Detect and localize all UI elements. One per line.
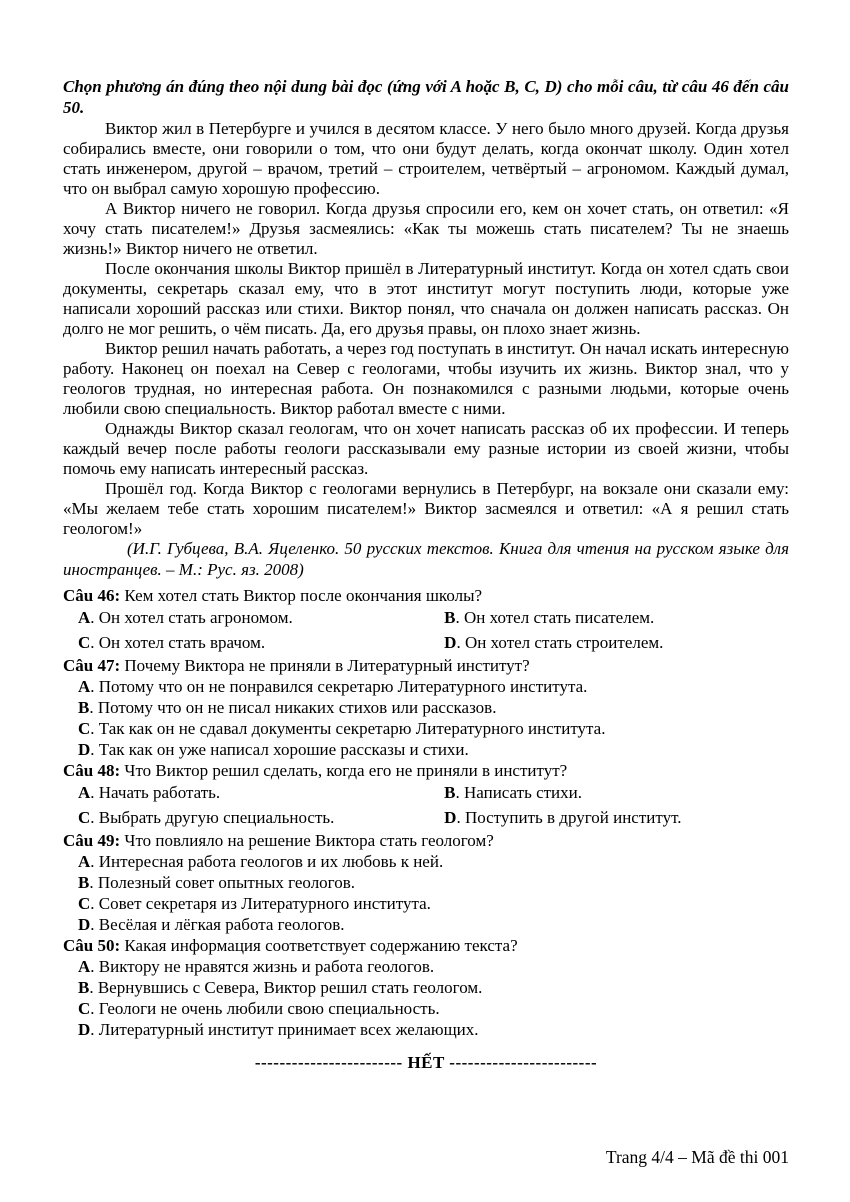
end-marker-label: HẾT bbox=[407, 1053, 444, 1072]
option-letter: C bbox=[78, 999, 90, 1018]
question-heading: Câu 47: Почему Виктора не приняли в Лите… bbox=[63, 655, 789, 676]
passage-paragraph: Прошёл год. Когда Виктор с геологами вер… bbox=[63, 479, 789, 539]
passage-paragraph: А Виктор ничего не говорил. Когда друзья… bbox=[63, 199, 789, 259]
option-letter: C bbox=[78, 719, 90, 738]
question-heading: Câu 48: Что Виктор решил сделать, когда … bbox=[63, 760, 789, 781]
option-b: B. Написать стихи. bbox=[444, 781, 789, 806]
question-number: Câu 47: bbox=[63, 656, 120, 675]
option-a: A. Начать работать. bbox=[78, 781, 444, 806]
end-marker-dashes-right: ------------------------ bbox=[449, 1053, 597, 1072]
option-b: B. Полезный совет опытных геологов. bbox=[78, 872, 789, 893]
option-letter: B bbox=[78, 873, 89, 892]
question-number: Câu 49: bbox=[63, 831, 120, 850]
question-block: Câu 50: Какая информация соответствует с… bbox=[63, 935, 789, 1040]
option-a: A. Он хотел стать агрономом. bbox=[78, 606, 444, 631]
option-letter: D bbox=[78, 915, 90, 934]
options-group: A. Интересная работа геологов и их любов… bbox=[63, 851, 789, 935]
question-block: Câu 46: Кем хотел стать Виктор после око… bbox=[63, 585, 789, 655]
option-d: D. Он хотел стать строителем. bbox=[444, 631, 789, 656]
question-block: Câu 47: Почему Виктора не приняли в Лите… bbox=[63, 655, 789, 760]
questions-section: Câu 46: Кем хотел стать Виктор после око… bbox=[63, 585, 789, 1040]
option-b: B. Он хотел стать писателем. bbox=[444, 606, 789, 631]
option-letter: B bbox=[444, 608, 455, 627]
question-heading: Câu 49: Что повлияло на решение Виктора … bbox=[63, 830, 789, 851]
option-d: D. Поступить в другой институт. bbox=[444, 806, 789, 831]
option-c: C. Совет секретаря из Литературного инст… bbox=[78, 893, 789, 914]
passage-paragraph: Однажды Виктор сказал геологам, что он х… bbox=[63, 419, 789, 479]
option-letter: C bbox=[78, 894, 90, 913]
question-block: Câu 49: Что повлияло на решение Виктора … bbox=[63, 830, 789, 935]
page-footer: Trang 4/4 – Mã đề thi 001 bbox=[606, 1147, 789, 1168]
end-marker: ------------------------ HẾT -----------… bbox=[63, 1053, 789, 1073]
end-marker-dashes-left: ------------------------ bbox=[255, 1053, 403, 1072]
option-a: A. Виктору не нравятся жизнь и работа ге… bbox=[78, 956, 789, 977]
options-group: A. Потому что он не понравился секретарю… bbox=[63, 676, 789, 760]
question-number: Câu 48: bbox=[63, 761, 120, 780]
option-letter: A bbox=[78, 852, 90, 871]
option-letter: A bbox=[78, 677, 90, 696]
reading-passage: Виктор жил в Петербурге и учился в десят… bbox=[63, 119, 789, 539]
option-d: D. Литературный институт принимает всех … bbox=[78, 1019, 789, 1040]
option-d: D. Так как он уже написал хорошие расска… bbox=[78, 739, 789, 760]
options-group: A. Начать работать.B. Написать стихи.C. … bbox=[63, 781, 789, 830]
option-c: C. Геологи не очень любили свою специаль… bbox=[78, 998, 789, 1019]
option-letter: D bbox=[78, 1020, 90, 1039]
question-heading: Câu 50: Какая информация соответствует с… bbox=[63, 935, 789, 956]
options-group: A. Он хотел стать агрономом.B. Он хотел … bbox=[63, 606, 789, 655]
passage-paragraph: После окончания школы Виктор пришёл в Ли… bbox=[63, 259, 789, 339]
option-letter: B bbox=[78, 698, 89, 717]
option-letter: B bbox=[444, 783, 455, 802]
question-number: Câu 46: bbox=[63, 586, 120, 605]
option-letter: A bbox=[78, 957, 90, 976]
question-number: Câu 50: bbox=[63, 936, 120, 955]
option-a: A. Потому что он не понравился секретарю… bbox=[78, 676, 789, 697]
option-letter: B bbox=[78, 978, 89, 997]
option-a: A. Интересная работа геологов и их любов… bbox=[78, 851, 789, 872]
question-block: Câu 48: Что Виктор решил сделать, когда … bbox=[63, 760, 789, 830]
exam-page: Chọn phương án đúng theo nội dung bài đọ… bbox=[0, 0, 850, 1202]
passage-paragraph: Виктор жил в Петербурге и учился в десят… bbox=[63, 119, 789, 199]
option-c: C. Выбрать другую специальность. bbox=[78, 806, 444, 831]
question-heading: Câu 46: Кем хотел стать Виктор после око… bbox=[63, 585, 789, 606]
option-b: B. Вернувшись с Севера, Виктор решил ста… bbox=[78, 977, 789, 998]
option-letter: A bbox=[78, 783, 90, 802]
passage-paragraph: Виктор решил начать работать, а через го… bbox=[63, 339, 789, 419]
option-letter: D bbox=[444, 808, 456, 827]
option-d: D. Весёлая и лёгкая работа геологов. bbox=[78, 914, 789, 935]
option-letter: D bbox=[444, 633, 456, 652]
option-c: C. Он хотел стать врачом. bbox=[78, 631, 444, 656]
source-citation: (И.Г. Губцева, В.А. Яцеленко. 50 русских… bbox=[63, 539, 789, 580]
instruction-text: Chọn phương án đúng theo nội dung bài đọ… bbox=[63, 76, 789, 118]
option-letter: C bbox=[78, 633, 90, 652]
option-b: B. Потому что он не писал никаких стихов… bbox=[78, 697, 789, 718]
option-letter: D bbox=[78, 740, 90, 759]
option-c: C. Так как он не сдавал документы секрет… bbox=[78, 718, 789, 739]
options-group: A. Виктору не нравятся жизнь и работа ге… bbox=[63, 956, 789, 1040]
option-letter: C bbox=[78, 808, 90, 827]
option-letter: A bbox=[78, 608, 90, 627]
